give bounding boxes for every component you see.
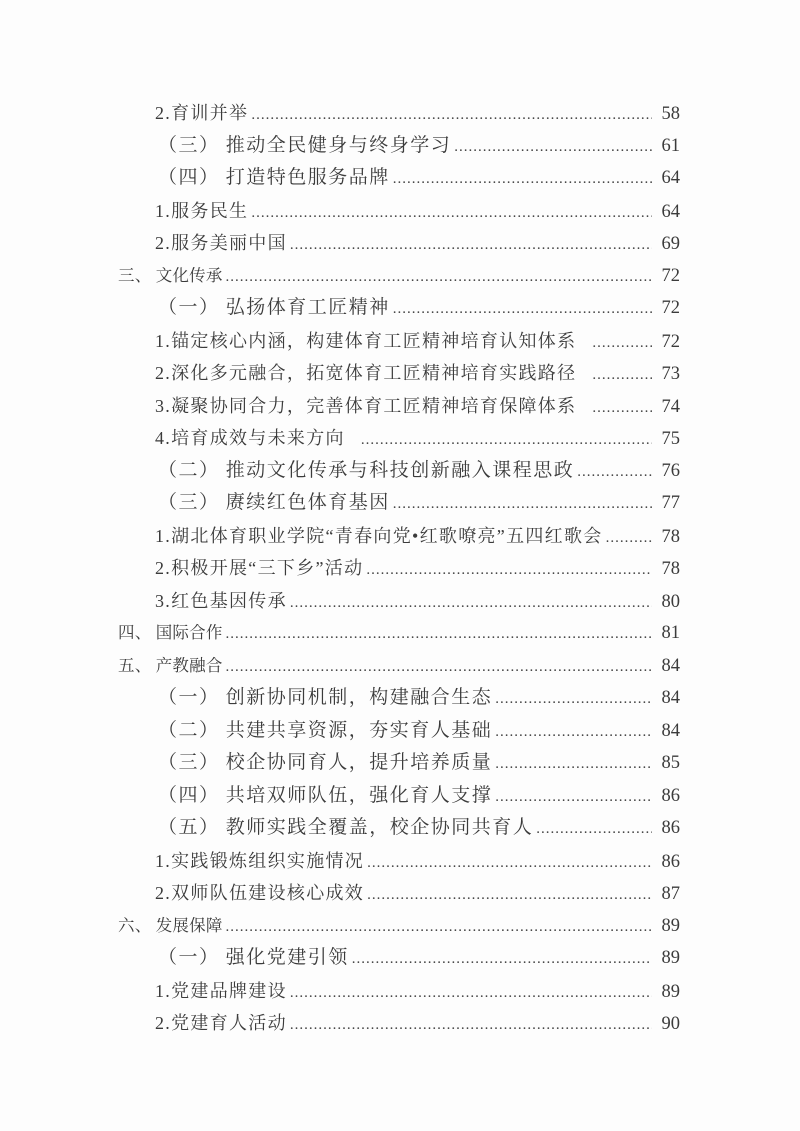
toc-entry-label: （一） 弘扬体育工匠精神 <box>158 292 390 325</box>
toc-entry-label: 2.党建育人活动 <box>155 1007 287 1040</box>
dot-leader: ........................................… <box>495 716 652 749</box>
toc-entry-20[interactable]: （二） 共建共享资源，夯实育人基础 ......................… <box>118 715 680 748</box>
toc-entry-18[interactable]: 五、 产教融合 ................................… <box>118 650 680 683</box>
toc-entry-25[interactable]: 2.双师队伍建设核心成效 ...........................… <box>118 877 680 910</box>
toc-page-number: 72 <box>654 292 680 325</box>
toc-entry-label: （二） 推动文化传承与科技创新融入课程思政 <box>158 455 574 488</box>
dot-leader: ........................................… <box>251 99 652 132</box>
table-of-contents: 2.育训并举 .................................… <box>118 97 680 1040</box>
toc-entry-6[interactable]: 三、 文化传承 ................................… <box>118 260 680 293</box>
dot-leader: ........................................… <box>226 261 652 294</box>
document-page: 2.育训并举 .................................… <box>0 0 800 1131</box>
toc-entry-5[interactable]: 2.服务美丽中国 ...............................… <box>118 227 680 260</box>
dot-leader: ........................................… <box>352 943 652 976</box>
toc-entry-label: 1.锚定核心内涵，构建体育工匠精神培育认知体系 <box>155 325 576 358</box>
toc-entry-17[interactable]: 四、 国际合作 ................................… <box>118 617 680 650</box>
toc-entry-label: 五、 产教融合 <box>118 650 223 683</box>
toc-page-number: 87 <box>654 878 680 911</box>
toc-entry-4[interactable]: 1.服务民生 .................................… <box>118 195 680 228</box>
toc-entry-label: （一） 创新协同机制，构建融合生态 <box>158 682 492 715</box>
toc-entry-12[interactable]: （二） 推动文化传承与科技创新融入课程思政 ..................… <box>118 455 680 488</box>
dot-leader: ........................................… <box>495 781 652 814</box>
dot-leader: ........................................… <box>290 229 652 262</box>
dot-leader: ........................................… <box>226 618 652 651</box>
toc-page-number: 81 <box>654 617 680 650</box>
toc-entry-label: 3.红色基因传承 <box>155 585 287 618</box>
toc-entry-21[interactable]: （三） 校企协同育人，提升培养质量 ......................… <box>118 747 680 780</box>
dot-leader: ........................................… <box>577 456 652 489</box>
dot-leader: ........................................… <box>592 359 652 392</box>
dot-leader: ........................................… <box>366 554 652 587</box>
toc-page-number: 74 <box>654 391 680 424</box>
toc-entry-26[interactable]: 六、 发展保障 ................................… <box>118 910 680 943</box>
dot-leader: ........................................… <box>226 911 652 944</box>
toc-entry-3[interactable]: （四） 打造特色服务品牌 ...........................… <box>118 162 680 195</box>
toc-entry-label: 六、 发展保障 <box>118 910 223 943</box>
toc-entry-10[interactable]: 3.凝聚协同合力，完善体育工匠精神培育保障体系 ................… <box>118 390 680 423</box>
dot-leader: ........................................… <box>393 163 652 196</box>
toc-page-number: 69 <box>654 228 680 261</box>
toc-entry-7[interactable]: （一） 弘扬体育工匠精神 ...........................… <box>118 292 680 325</box>
dot-leader: ........................................… <box>592 327 652 360</box>
toc-page-number: 84 <box>654 715 680 748</box>
toc-entry-label: 2.双师队伍建设核心成效 <box>155 877 364 910</box>
toc-entry-label: 2.育训并举 <box>155 97 248 130</box>
toc-entry-label: 2.积极开展“三下乡”活动 <box>155 552 363 585</box>
dot-leader: ........................................… <box>393 488 652 521</box>
toc-page-number: 84 <box>654 682 680 715</box>
toc-page-number: 72 <box>654 326 680 359</box>
toc-page-number: 86 <box>654 846 680 879</box>
toc-entry-label: 1.服务民生 <box>155 195 248 228</box>
toc-entry-label: （四） 打造特色服务品牌 <box>158 162 390 195</box>
toc-entry-14[interactable]: 1.湖北体育职业学院“青春向党•红歌嘹亮”五四红歌会 .............… <box>118 520 680 553</box>
dot-leader: ........................................… <box>454 131 652 164</box>
toc-page-number: 75 <box>654 423 680 456</box>
toc-entry-27[interactable]: （一） 强化党建引领 .............................… <box>118 942 680 975</box>
toc-entry-label: （三） 赓续红色体育基因 <box>158 487 390 520</box>
toc-page-number: 80 <box>654 586 680 619</box>
dot-leader: ........................................… <box>536 813 652 846</box>
toc-entry-label: 三、 文化传承 <box>118 260 223 293</box>
dot-leader: ........................................… <box>251 197 652 230</box>
toc-page-number: 61 <box>654 130 680 163</box>
toc-entry-label: 4.培育成效与未来方向 <box>155 422 345 455</box>
toc-entry-29[interactable]: 2.党建育人活动 ...............................… <box>118 1007 680 1040</box>
toc-page-number: 90 <box>654 1008 680 1041</box>
dot-leader: ........................................… <box>226 651 652 684</box>
toc-entry-label: 3.凝聚协同合力，完善体育工匠精神培育保障体系 <box>155 390 576 423</box>
toc-entry-1[interactable]: 2.育训并举 .................................… <box>118 97 680 130</box>
toc-entry-label: 2.服务美丽中国 <box>155 227 287 260</box>
dot-leader: ........................................… <box>606 522 652 555</box>
toc-entry-9[interactable]: 2.深化多元融合，拓宽体育工匠精神培育实践路径 ................… <box>118 357 680 390</box>
dot-leader: ........................................… <box>290 977 652 1010</box>
toc-page-number: 89 <box>654 910 680 943</box>
toc-entry-label: （二） 共建共享资源，夯实育人基础 <box>158 715 492 748</box>
toc-page-number: 64 <box>654 162 680 195</box>
toc-page-number: 77 <box>654 487 680 520</box>
toc-entry-label: （三） 校企协同育人，提升培养质量 <box>158 747 492 780</box>
dot-leader: ........................................… <box>361 424 652 457</box>
toc-entry-2[interactable]: （三） 推动全民健身与终身学习 ........................… <box>118 130 680 163</box>
toc-entry-label: 2.深化多元融合，拓宽体育工匠精神培育实践路径 <box>155 357 576 390</box>
toc-page-number: 78 <box>654 553 680 586</box>
toc-entry-22[interactable]: （四） 共培双师队伍，强化育人支撑 ......................… <box>118 780 680 813</box>
toc-entry-28[interactable]: 1.党建品牌建设 ...............................… <box>118 975 680 1008</box>
toc-entry-13[interactable]: （三） 赓续红色体育基因 ...........................… <box>118 487 680 520</box>
toc-page-number: 89 <box>654 942 680 975</box>
dot-leader: ........................................… <box>367 879 652 912</box>
toc-page-number: 89 <box>654 976 680 1009</box>
toc-page-number: 73 <box>654 358 680 391</box>
toc-entry-label: （五） 教师实践全覆盖，校企协同共育人 <box>158 812 533 845</box>
toc-page-number: 84 <box>654 650 680 683</box>
toc-page-number: 86 <box>654 780 680 813</box>
dot-leader: ........................................… <box>290 1009 652 1042</box>
toc-entry-24[interactable]: 1.实践锻炼组织实施情况 ...........................… <box>118 845 680 878</box>
dot-leader: ........................................… <box>592 392 652 425</box>
toc-entry-label: 四、 国际合作 <box>118 617 223 650</box>
toc-entry-label: （一） 强化党建引领 <box>158 942 349 975</box>
toc-entry-label: 1.党建品牌建设 <box>155 975 287 1008</box>
toc-page-number: 86 <box>654 812 680 845</box>
toc-page-number: 72 <box>654 260 680 293</box>
dot-leader: ........................................… <box>367 847 652 880</box>
toc-entry-label: 1.湖北体育职业学院“青春向党•红歌嘹亮”五四红歌会 <box>155 520 603 553</box>
dot-leader: ........................................… <box>290 587 652 620</box>
dot-leader: ........................................… <box>393 293 652 326</box>
toc-entry-label: （四） 共培双师队伍，强化育人支撑 <box>158 780 492 813</box>
toc-entry-15[interactable]: 2.积极开展“三下乡”活动 ..........................… <box>118 552 680 585</box>
toc-entry-19[interactable]: （一） 创新协同机制，构建融合生态 ......................… <box>118 682 680 715</box>
toc-page-number: 85 <box>654 747 680 780</box>
toc-entry-23[interactable]: （五） 教师实践全覆盖，校企协同共育人 ....................… <box>118 812 680 845</box>
toc-page-number: 76 <box>654 455 680 488</box>
toc-entry-16[interactable]: 3.红色基因传承 ...............................… <box>118 585 680 618</box>
dot-leader: ........................................… <box>495 683 652 716</box>
toc-entry-label: （三） 推动全民健身与终身学习 <box>158 130 451 163</box>
toc-entry-11[interactable]: 4.培育成效与未来方向 ............................… <box>118 422 680 455</box>
toc-entry-8[interactable]: 1.锚定核心内涵，构建体育工匠精神培育认知体系 ................… <box>118 325 680 358</box>
toc-page-number: 58 <box>654 98 680 131</box>
toc-page-number: 78 <box>654 521 680 554</box>
toc-entry-label: 1.实践锻炼组织实施情况 <box>155 845 364 878</box>
toc-page-number: 64 <box>654 196 680 229</box>
dot-leader: ........................................… <box>495 748 652 781</box>
